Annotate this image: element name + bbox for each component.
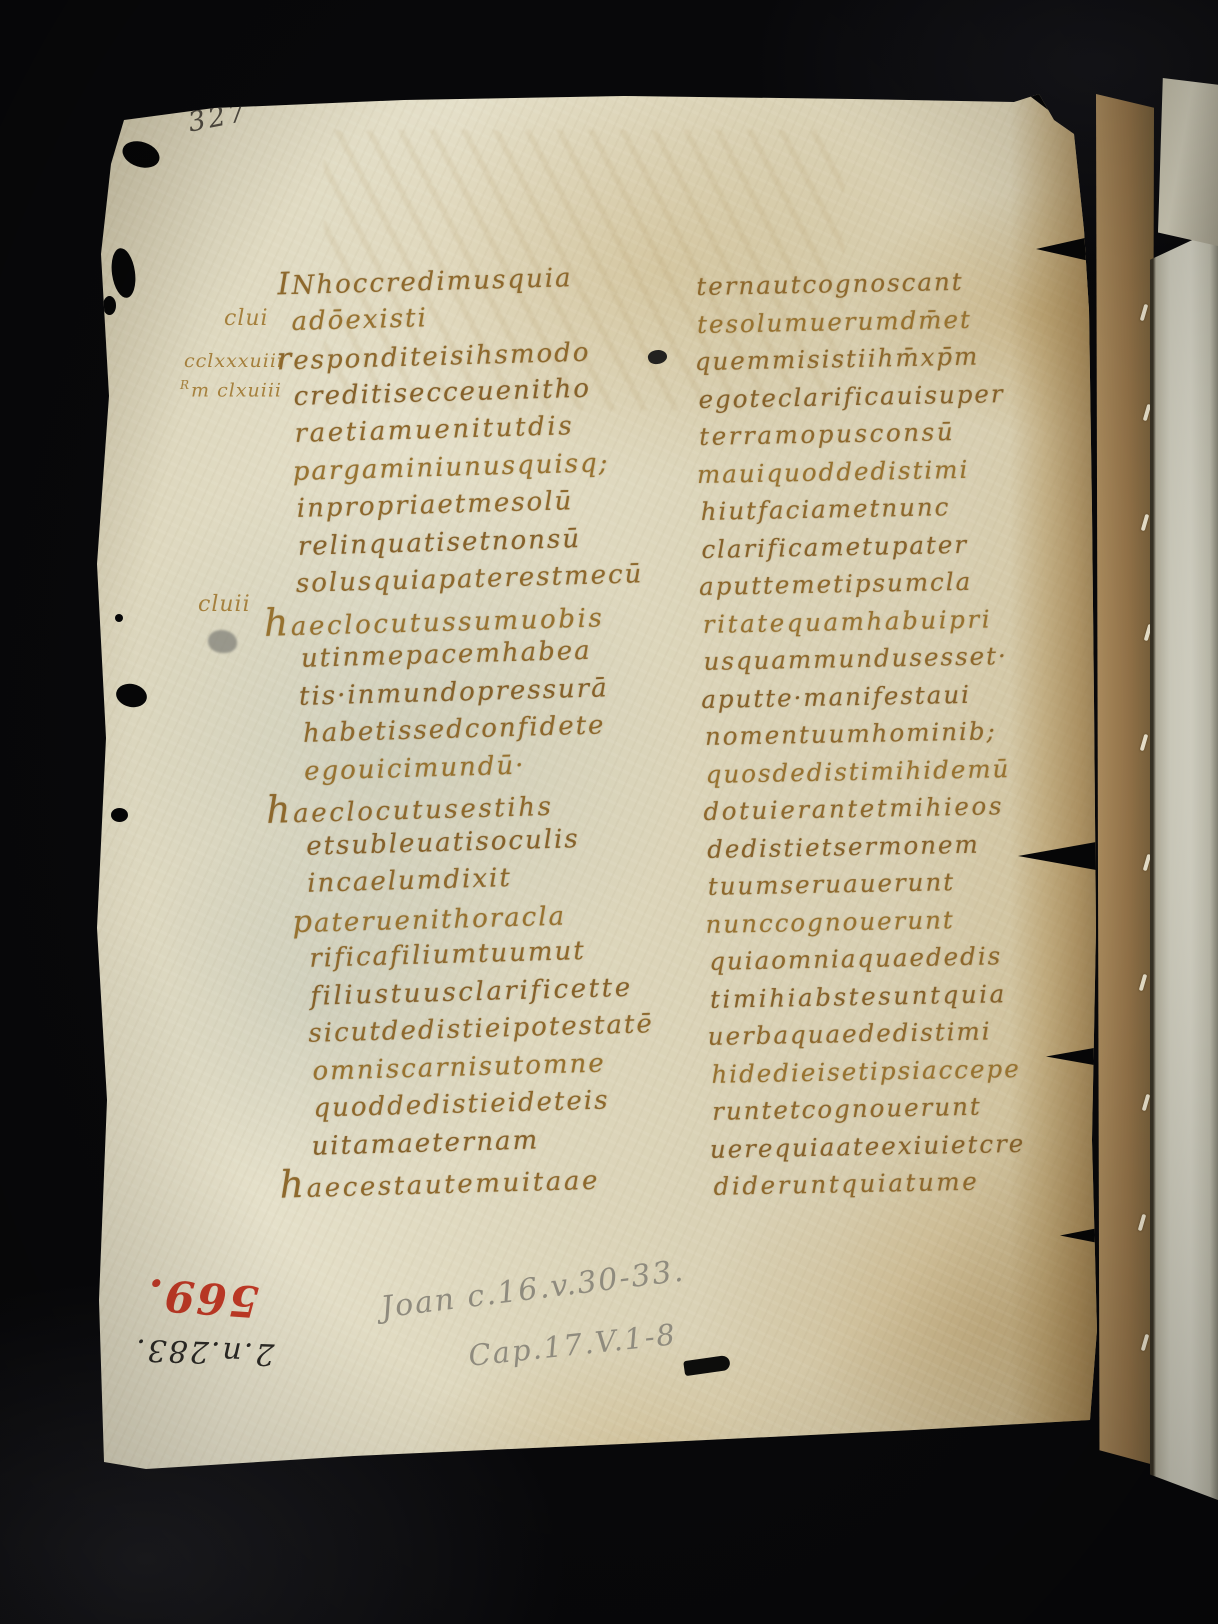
enlarged-initial: p (292, 904, 315, 940)
text-line: quemmisistiihm̄xp̄m (694, 336, 1087, 381)
enlarged-initial: r (276, 342, 294, 377)
stitch-thread (1142, 1094, 1151, 1111)
book-fore-edge-corner (1158, 78, 1218, 246)
text-line: aputte·manifestaui (701, 673, 1094, 718)
enlarged-initial: I (277, 267, 292, 302)
stitch-thread (1143, 854, 1152, 871)
left-text-column: INhoccredimusquiaadōexistiresponditeisih… (290, 255, 726, 1204)
text-line: nunccognouerunt (705, 898, 1098, 943)
binding-gutter-strip (1096, 94, 1154, 1464)
worm-hole (115, 614, 123, 622)
margin-note-chapter-lower: cluii (198, 592, 251, 617)
worm-hole (111, 808, 128, 822)
shelfmark-ink: 2.n.283. (133, 1332, 274, 1372)
right-text-column: ternautcognoscanttesolumuerumdm̄etquemmi… (696, 260, 1106, 1205)
text-line: dotuierantetmihieos (703, 785, 1096, 830)
stitch-thread (1143, 404, 1152, 421)
stitch-thread (1140, 304, 1149, 321)
stitch-thread (1141, 514, 1150, 531)
text-line: uerbaquaededistimi (707, 1010, 1100, 1055)
margin-note-chapter-upper: clui (224, 306, 269, 331)
margin-note-reference-line2: Rm clxuiii (180, 378, 282, 401)
book-fore-edge (1150, 228, 1218, 1500)
shelfmark-red: 569. (144, 1268, 260, 1326)
margin-note-reference-text: m clxuiii (191, 379, 282, 401)
margin-note-superscript: R (180, 378, 190, 392)
stitch-thread (1139, 974, 1148, 991)
enlarged-initial: h (263, 600, 291, 645)
margin-note-reference-line1: cclxxxuiii (184, 350, 284, 372)
enlarged-initial: h (279, 1162, 307, 1207)
stitch-thread (1141, 1334, 1150, 1351)
stitch-thread (1140, 734, 1149, 751)
worm-hole (103, 296, 116, 315)
text-line: uerequiaateexiuietcre (710, 1123, 1103, 1168)
text-line: dideruntquiatume (713, 1160, 1106, 1205)
smudge-mark (208, 630, 237, 653)
text-line: mauiquoddedistimi (697, 448, 1090, 493)
enlarged-initial: h (266, 787, 294, 832)
photo-backdrop: 327 clui cclxxxuiii Rm clxuiii cluii INh… (0, 0, 1218, 1624)
stitch-thread (1138, 1214, 1147, 1231)
text-line: aputtemetipsumcla (699, 560, 1092, 605)
manuscript-page: 327 clui cclxxxuiii Rm clxuiii cluii INh… (84, 90, 1110, 1480)
